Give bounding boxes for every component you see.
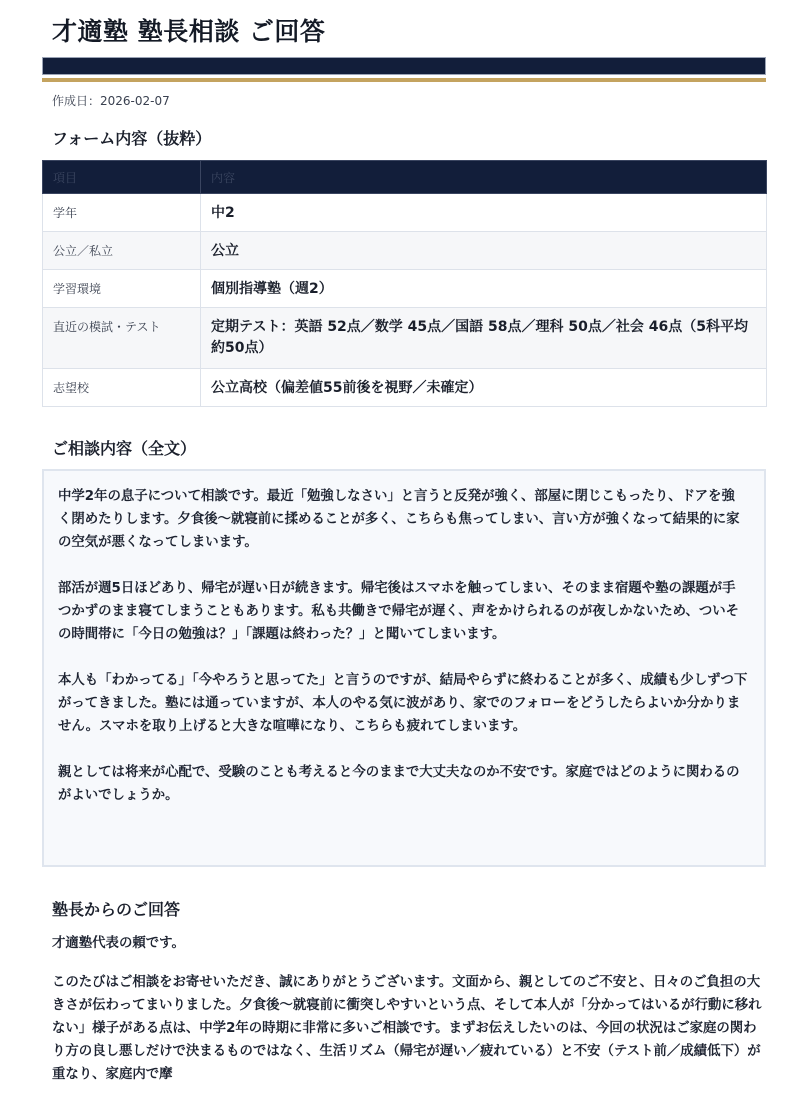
consult-paragraph: 親としては将来が心配で、受験のことも考えると今のままで大丈夫なのか不安です。家庭… — [58, 761, 748, 807]
row-value: 公立 — [201, 232, 767, 270]
consult-paragraph: 中学2年の息子について相談です。最近「勉強しなさい」と言うと反発が強く、部屋に閉… — [58, 485, 748, 554]
row-label: 学習環境 — [43, 270, 201, 308]
row-label: 直近の模試・テスト — [43, 308, 201, 369]
form-content-table: 項目 内容 学年 中2 公立／私立 公立 学習環境 個別指導塾（週2） 直近の模… — [42, 160, 767, 407]
table-header-row: 項目 内容 — [43, 161, 767, 194]
column-header-item: 項目 — [43, 161, 201, 194]
page-title: 才適塾 塾長相談 ご回答 — [52, 12, 325, 48]
table-row: 志望校 公立高校（偏差値55前後を視野／未確定） — [43, 369, 767, 407]
column-header-content: 内容 — [201, 161, 767, 194]
header-navy-bar — [42, 57, 766, 75]
answer-intro: 才適塾代表の頼です。 — [52, 932, 185, 951]
consult-section-heading: ご相談内容（全文） — [52, 436, 196, 459]
header-gold-stripe — [42, 78, 766, 82]
created-date: 作成日：2026-02-07 — [52, 92, 170, 109]
row-value: 中2 — [201, 194, 767, 232]
consult-paragraph: 本人も「わかってる」「今やろうと思ってた」と言うのですが、結局やらずに終わること… — [58, 669, 748, 738]
answer-body: このたびはご相談をお寄せいただき、誠にありがとうございます。文面から、親としての… — [52, 971, 764, 1086]
consultation-text-box: 中学2年の息子について相談です。最近「勉強しなさい」と言うと反発が強く、部屋に閉… — [42, 469, 766, 867]
consult-paragraph: 部活が週5日ほどあり、帰宅が遅い日が続きます。帰宅後はスマホを触ってしまい、その… — [58, 577, 748, 646]
table-row: 学年 中2 — [43, 194, 767, 232]
table-row: 直近の模試・テスト 定期テスト：英語 52点／数学 45点／国語 58点／理科 … — [43, 308, 767, 369]
row-label: 志望校 — [43, 369, 201, 407]
row-label: 公立／私立 — [43, 232, 201, 270]
row-value: 公立高校（偏差値55前後を視野／未確定） — [201, 369, 767, 407]
answer-section-heading: 塾長からのご回答 — [52, 897, 180, 920]
form-section-heading: フォーム内容（抜粋） — [52, 126, 211, 149]
row-value: 個別指導塾（週2） — [201, 270, 767, 308]
table-row: 学習環境 個別指導塾（週2） — [43, 270, 767, 308]
row-value: 定期テスト：英語 52点／数学 45点／国語 58点／理科 50点／社会 46点… — [201, 308, 767, 369]
table-row: 公立／私立 公立 — [43, 232, 767, 270]
row-label: 学年 — [43, 194, 201, 232]
